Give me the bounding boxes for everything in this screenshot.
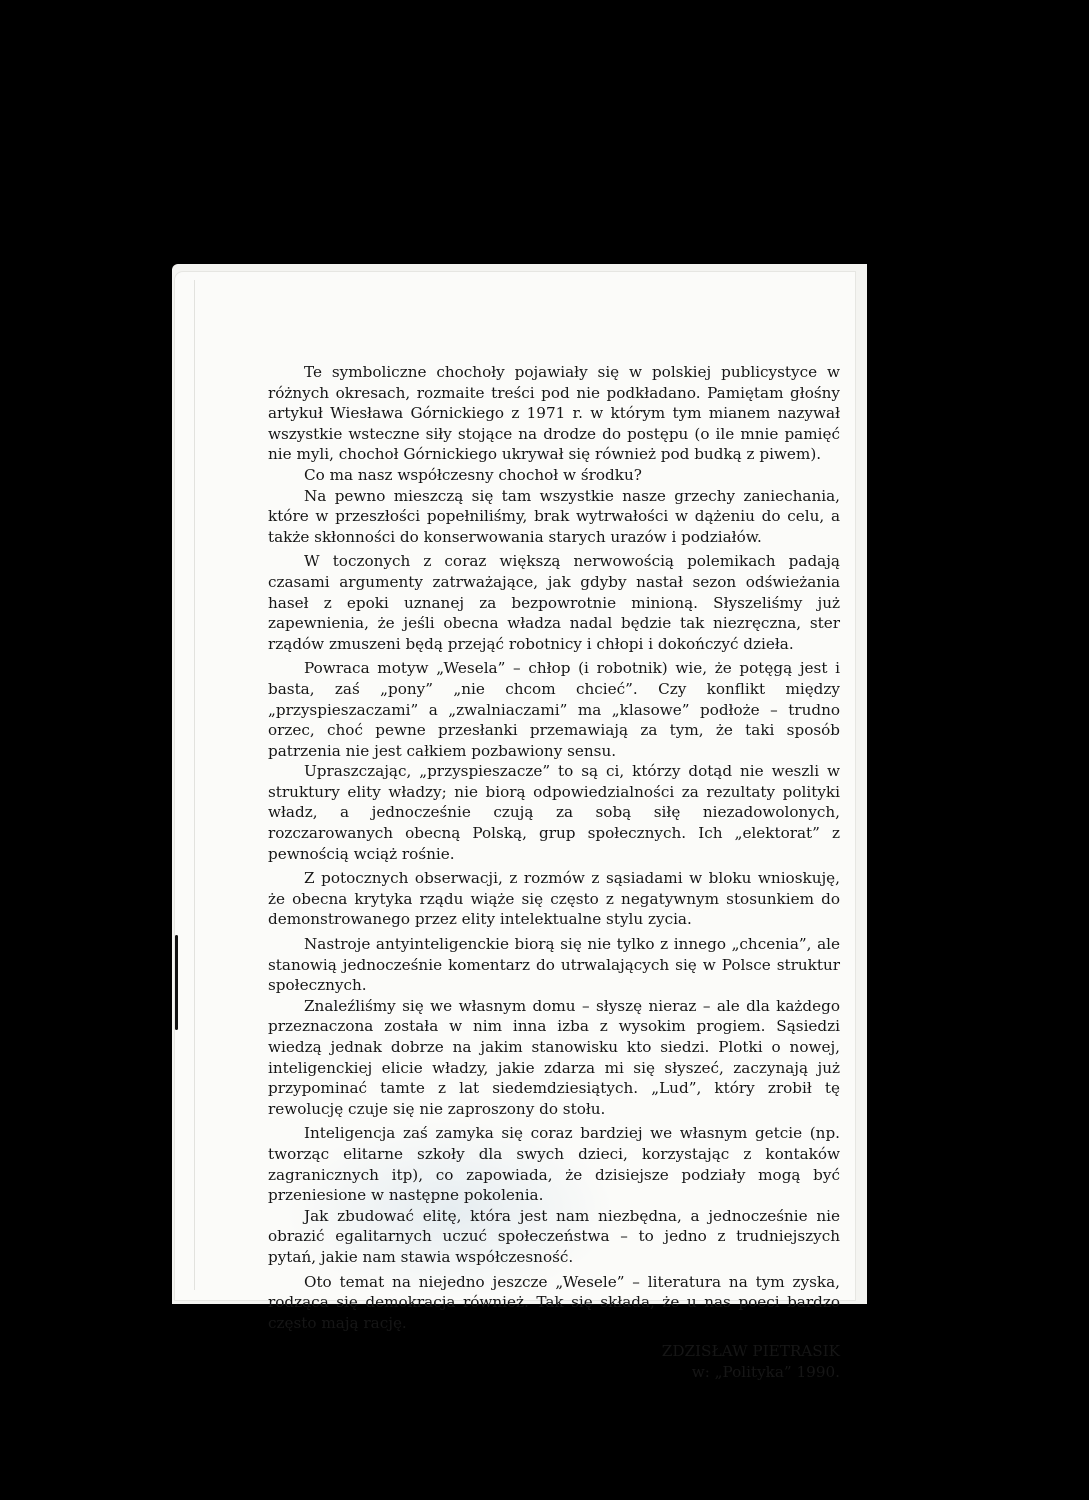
article-body: Te symboliczne chochoły pojawiały się w … (268, 362, 840, 1383)
signature: ZDZISŁAW PIETRASIK w: „Polityka” 1990. (268, 1341, 840, 1382)
paragraph: Te symboliczne chochoły pojawiały się w … (268, 362, 840, 465)
paragraph: Oto temat na niejedno jeszcze „Wesele” –… (268, 1272, 840, 1334)
ink-mark (175, 935, 178, 1030)
paragraph: Co ma nasz współczesny chochoł w środku? (268, 465, 840, 486)
paragraph: Nastroje antyinteligenckie biorą się nie… (268, 934, 840, 996)
paragraph: Powraca motyw „Wesela” – chłop (i robotn… (268, 658, 840, 761)
paragraph: Na pewno mieszczą się tam wszystkie nasz… (268, 486, 840, 548)
source-citation: w: „Polityka” 1990. (268, 1362, 840, 1383)
author-name: ZDZISŁAW PIETRASIK (268, 1341, 840, 1362)
paragraph: Jak zbudować elitę, która jest nam niezb… (268, 1206, 840, 1268)
sheet-edge (194, 280, 195, 1290)
paragraph: Inteligencja zaś zamyka się coraz bardzi… (268, 1123, 840, 1205)
paragraph: Znaleźliśmy się we własnym domu – słyszę… (268, 996, 840, 1120)
paragraph: Upraszczając, „przyspieszacze” to są ci,… (268, 761, 840, 864)
paragraph: W toczonych z coraz większą nerwowością … (268, 551, 840, 654)
paragraph: Z potocznych obserwacji, z rozmów z sąsi… (268, 868, 840, 930)
